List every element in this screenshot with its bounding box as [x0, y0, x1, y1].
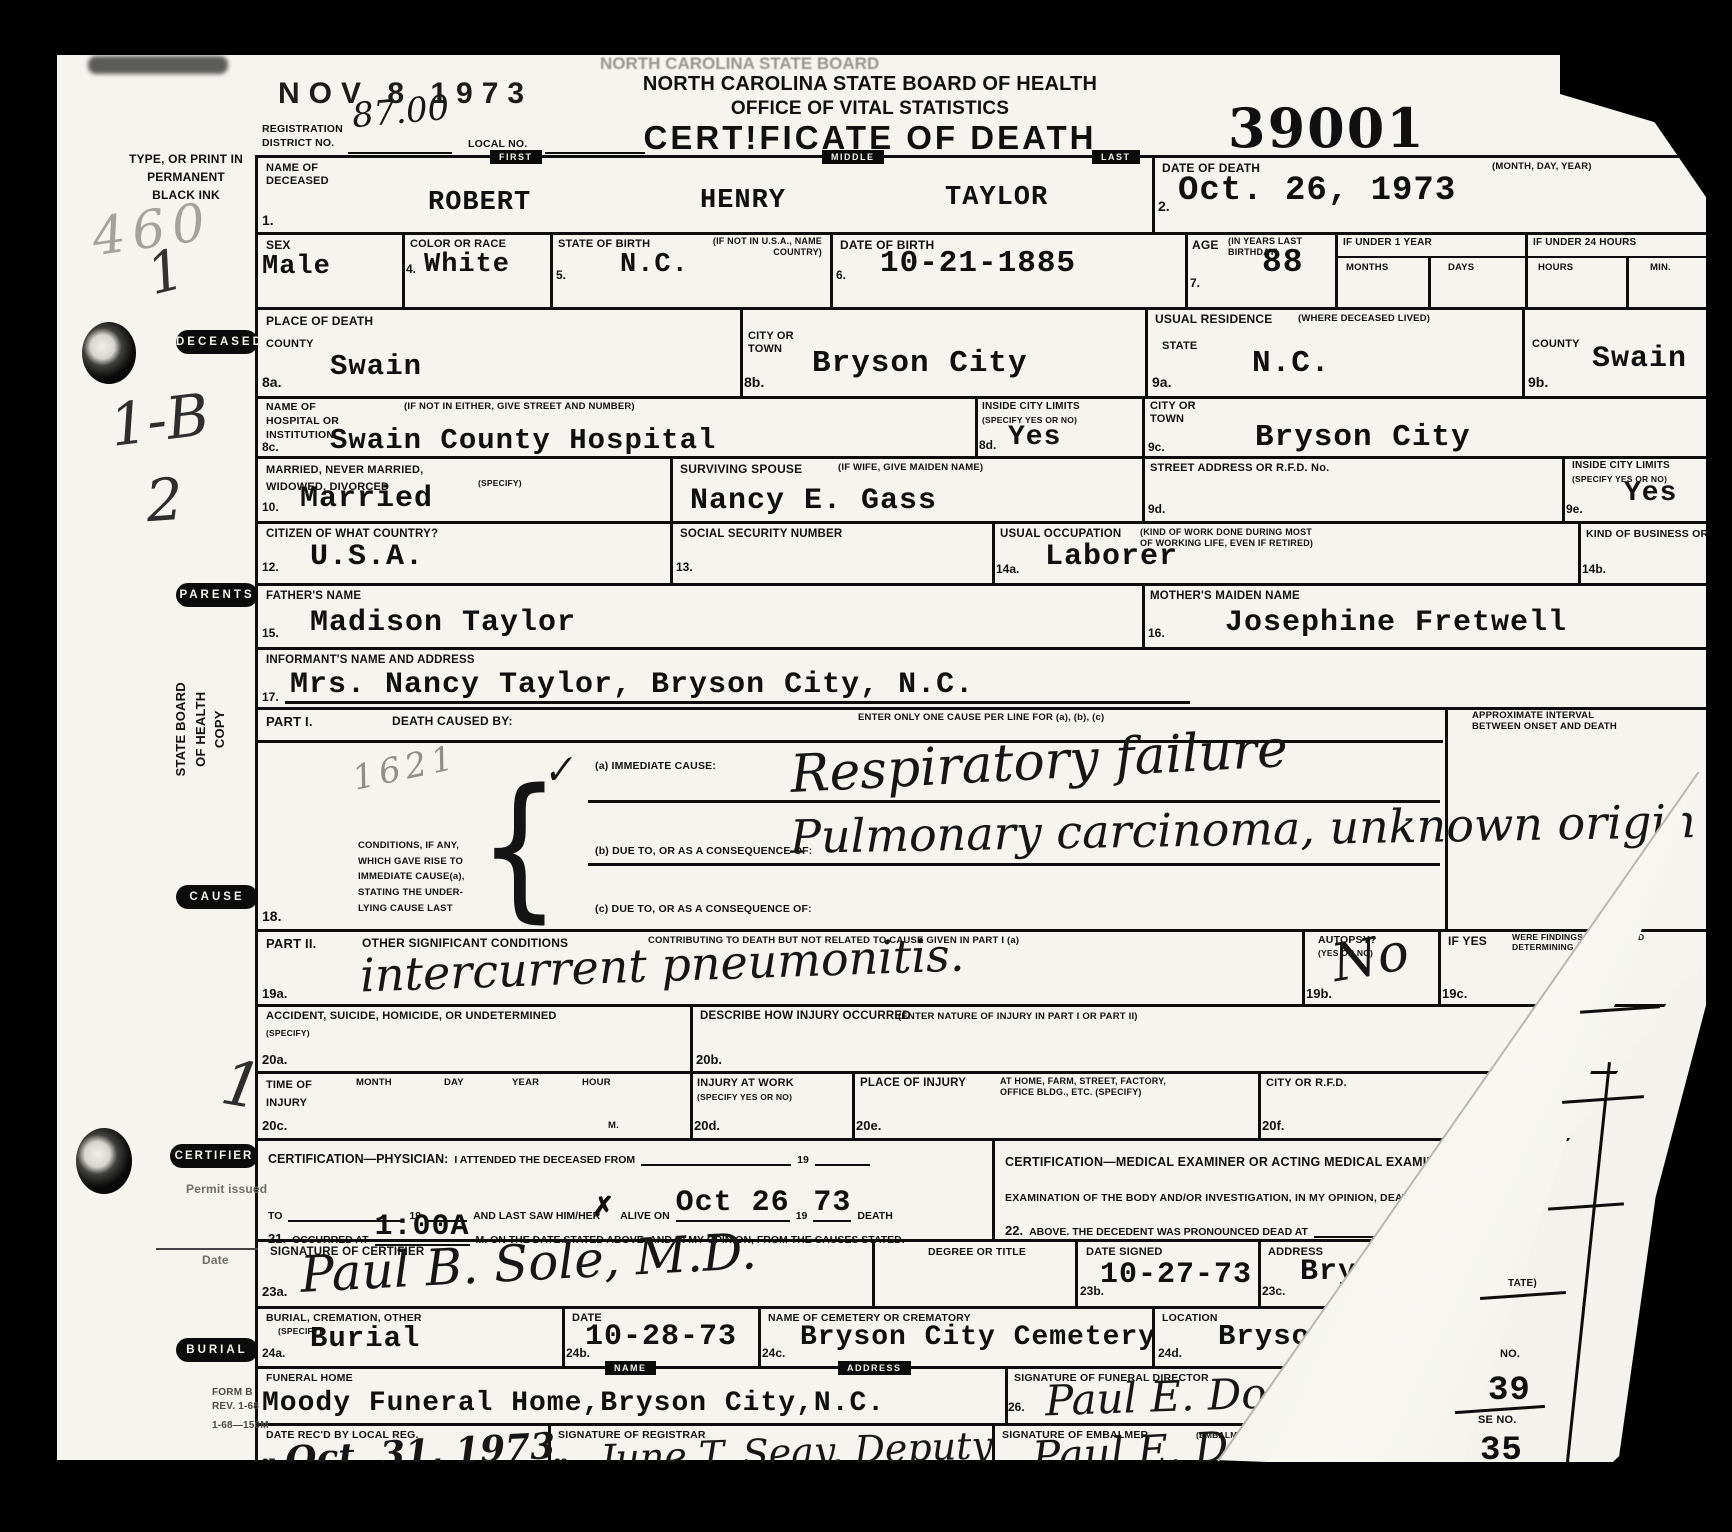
- hospital-num: 8c.: [262, 440, 279, 454]
- funeral-address-chip: ADDRESS: [838, 1361, 911, 1375]
- spouse-label: SURVIVING SPOUSE: [680, 462, 802, 476]
- res-state-label: STATE: [1162, 340, 1197, 353]
- res-county-num: 9b.: [1528, 374, 1548, 390]
- describe-label: DESCRIBE HOW INJURY OCCURRED: [700, 1010, 911, 1024]
- degree-label: DEGREE OR TITLE: [928, 1246, 1026, 1259]
- spouse-value: Nancy E. Gass: [690, 484, 937, 518]
- under24-label: IF UNDER 24 HOURS: [1533, 237, 1636, 249]
- date-signed-value: 10-27-73: [1100, 1258, 1252, 1292]
- informant-value: Mrs. Nancy Taylor, Bryson City, N.C.: [290, 668, 974, 702]
- cemetery-num: 24c.: [762, 1346, 785, 1360]
- race-value: White: [424, 250, 510, 280]
- funeral-home-label: FUNERAL HOME: [266, 1372, 353, 1385]
- under1-label: IF UNDER 1 YEAR: [1343, 237, 1432, 249]
- res-county-label: COUNTY: [1532, 338, 1580, 351]
- cert-year-blank: [815, 1150, 870, 1166]
- limits-8d-label: INSIDE CITY LIMITS: [982, 401, 1080, 413]
- res-city-value: Bryson City: [1255, 420, 1471, 455]
- name-num: 1.: [262, 212, 274, 228]
- tab-parents: PARENTS: [176, 583, 258, 607]
- autopsy-num: 19b.: [1306, 986, 1332, 1001]
- hole-punch-bottom: [76, 1128, 132, 1194]
- hole-punch-top: [82, 322, 136, 384]
- limits-9e-num: 9e.: [1566, 502, 1583, 516]
- time-injury-m: M.: [608, 1120, 619, 1131]
- funeral-director-num: 26.: [1008, 1400, 1025, 1414]
- location-label: LOCATION: [1162, 1312, 1218, 1325]
- time-injury-label: TIME OF INJURY: [266, 1077, 312, 1112]
- res-state-value: N.C.: [1252, 346, 1330, 381]
- work-num: 20d.: [694, 1118, 720, 1133]
- brace: {: [478, 755, 561, 937]
- res-county-value: Swain: [1592, 342, 1687, 376]
- scan-border-bottom: [0, 1462, 1732, 1532]
- form-info: FORM B REV. 1-68: [212, 1386, 259, 1414]
- street-label: STREET ADDRESS OR R.F.D. No.: [1150, 462, 1329, 475]
- place-injury-sub: AT HOME, FARM, STREET, FACTORY, OFFICE B…: [1000, 1076, 1166, 1098]
- under1-divider-h: [1338, 256, 1525, 258]
- cert-19a: 19: [797, 1154, 809, 1166]
- cause-b-label: (b) DUE TO, OR AS A CONSEQUENCE OF:: [595, 845, 812, 858]
- name-first-chip: FIRST: [490, 150, 542, 164]
- part1-caused-by: DEATH CAUSED BY:: [392, 714, 513, 728]
- pencil-1b: 1-B: [106, 380, 213, 460]
- age-label: AGE: [1192, 238, 1219, 252]
- permit-date-line: [156, 1248, 258, 1250]
- occupation-value: Laborer: [1045, 540, 1178, 574]
- cause-a-label: (a) IMMEDIATE CAUSE:: [595, 760, 716, 773]
- pod-county-value: Swain: [330, 350, 422, 383]
- hour-label: HOUR: [582, 1077, 611, 1088]
- burial-num: 24a.: [262, 1346, 285, 1360]
- bstate-value: N.C.: [620, 250, 689, 280]
- under1-months-label: MONTHS: [1346, 262, 1388, 273]
- permit-date-label: Date: [202, 1253, 229, 1267]
- cert-me-pronounced: ABOVE. THE DECEDENT WAS PRONOUNCED DEAD …: [1029, 1226, 1308, 1238]
- mother-num: 16.: [1148, 626, 1165, 640]
- pod-city-label: CITY OR TOWN: [748, 330, 794, 356]
- pod-county-label: COUNTY: [266, 338, 314, 351]
- res-city-label: CITY OR TOWN: [1150, 400, 1196, 426]
- board-title-line1: NORTH CAROLINA STATE BOARD OF HEALTH: [610, 72, 1130, 96]
- bstate-num: 5.: [556, 268, 566, 282]
- under24-hours-label: HOURS: [1538, 262, 1573, 273]
- scanned-death-certificate: { "stamp_date": "NOV 8 1973", "registrat…: [0, 0, 1732, 1532]
- interval-label: APPROXIMATE INTERVAL BETWEEN ONSET AND D…: [1472, 710, 1617, 733]
- conditions-note: CONDITIONS, IF ANY, WHICH GAVE RISE TO I…: [358, 838, 465, 916]
- cert-me-num: 22.: [1005, 1223, 1023, 1238]
- top-edge-smudge: [88, 56, 228, 74]
- cause-b-line: [588, 863, 1440, 866]
- registration-label-line1: REGISTRATION: [262, 123, 343, 135]
- injury-city-label: CITY OR R.F.D.: [1266, 1077, 1347, 1090]
- under1-days-label: DAYS: [1448, 262, 1474, 273]
- age-value: 88: [1262, 244, 1304, 281]
- fragment-no-value: 39: [1488, 1372, 1531, 1410]
- registration-label-line2: DISTRICT NO.: [262, 137, 334, 149]
- permit-issued-label: Permit issued: [186, 1182, 267, 1196]
- father-num: 15.: [262, 626, 279, 640]
- time-injury-num: 20c.: [262, 1118, 287, 1133]
- marital-num: 10.: [262, 500, 279, 514]
- name-middle-value: HENRY: [700, 186, 786, 216]
- name-last-value: TAYLOR: [945, 183, 1048, 213]
- dod-sub-label: (MONTH, DAY, YEAR): [1492, 161, 1592, 172]
- cert-from-blank: [641, 1150, 791, 1166]
- name-last-chip: LAST: [1092, 150, 1140, 164]
- informant-label: INFORMANT'S NAME AND ADDRESS: [266, 654, 475, 668]
- name-first-value: ROBERT: [428, 188, 531, 218]
- part1-note: ENTER ONLY ONE CAUSE PER LINE FOR (a), (…: [858, 712, 1104, 723]
- pod-header: PLACE OF DEATH: [266, 314, 373, 328]
- dod-value: Oct. 26, 1973: [1178, 172, 1456, 210]
- informant-num: 17.: [262, 690, 279, 704]
- burial-value: Burial: [310, 1322, 420, 1355]
- scan-border-top: [0, 0, 1732, 55]
- mother-value: Josephine Fretwell: [1225, 606, 1567, 640]
- part1-num: 18.: [262, 908, 281, 924]
- registration-underline: [348, 152, 452, 154]
- pod-city-value: Bryson City: [812, 346, 1028, 381]
- limits-9e-label: INSIDE CITY LIMITS: [1572, 460, 1670, 472]
- marital-value: Married: [300, 482, 433, 516]
- place-injury-label: PLACE OF INJURY: [860, 1077, 966, 1091]
- father-label: FATHER'S NAME: [266, 590, 361, 604]
- under24-min-label: MIN.: [1650, 262, 1671, 273]
- dob-num: 6.: [836, 268, 846, 282]
- cell-time-of-injury: [255, 1071, 693, 1141]
- address-num: 23c.: [1262, 1284, 1285, 1298]
- hospital-sub: (IF NOT IN EITHER, GIVE STREET AND NUMBE…: [404, 401, 635, 412]
- res-header-sub: (WHERE DECEASED LIVED): [1298, 313, 1430, 324]
- bstate-sub: (IF NOT IN U.S.A., NAME COUNTRY): [672, 236, 822, 258]
- under1-divider-v: [1428, 256, 1431, 308]
- part2-header: PART II.: [266, 936, 316, 952]
- accident-sub: (SPECIFY): [266, 1028, 310, 1038]
- dob-value: 10-21-1885: [880, 246, 1076, 281]
- pod-city-num: 8b.: [744, 374, 764, 390]
- work-label: INJURY AT WORK: [697, 1077, 794, 1090]
- describe-sub: (ENTER NATURE OF INJURY IN PART I OR PAR…: [898, 1011, 1138, 1022]
- pencil-2: 2: [144, 465, 186, 535]
- fragment-state-label: TATE): [1508, 1278, 1537, 1290]
- hospital-label: NAME OF HOSPITAL OR INSTITUTION: [266, 400, 339, 443]
- month-label: MONTH: [356, 1077, 392, 1088]
- part2-num: 19a.: [262, 986, 287, 1001]
- industry-num: 14b.: [1582, 562, 1606, 576]
- street-num: 9d.: [1148, 502, 1165, 516]
- local-no-label: LOCAL NO.: [468, 138, 527, 151]
- sex-label: SEX: [266, 238, 291, 252]
- cemetery-value: Bryson City Cemetery: [800, 1322, 1156, 1353]
- state-board-copy-note: STATE BOARD OF HEALTH COPY: [171, 649, 230, 809]
- scan-border-right: [1706, 0, 1732, 1532]
- scan-border-left: [0, 0, 57, 1532]
- cert-attended-text: I ATTENDED THE DECEASED FROM: [454, 1154, 635, 1166]
- ifyes-num: 19c.: [1442, 986, 1467, 1001]
- year-label: YEAR: [512, 1077, 539, 1088]
- res-city-num: 9c.: [1148, 440, 1165, 454]
- dod-num: 2.: [1158, 198, 1170, 214]
- describe-num: 20b.: [696, 1052, 722, 1067]
- citizen-value: U.S.A.: [310, 540, 424, 574]
- cert-me-line1: EXAMINATION OF THE BODY AND/OR INVESTIGA…: [1005, 1192, 1416, 1205]
- hospital-value: Swain County Hospital: [330, 424, 716, 457]
- registration-district-label: REGISTRATIONDISTRICT NO.: [262, 122, 343, 150]
- spouse-sub: (IF WIFE, GIVE MAIDEN NAME): [838, 462, 983, 473]
- certificate-number: 39001: [1228, 96, 1426, 161]
- limits-8d-num: 8d.: [979, 438, 996, 452]
- cert-occurred-num: 21.: [268, 1231, 286, 1246]
- citizen-num: 12.: [262, 560, 279, 574]
- tab-cause: CAUSE: [176, 885, 258, 909]
- res-header: USUAL RESIDENCE: [1155, 312, 1272, 326]
- limits-9e-value: Yes: [1624, 478, 1677, 509]
- marital-sub: (SPECIFY): [478, 478, 522, 488]
- funeral-home-value: Moody Funeral Home,Bryson City,N.C.: [262, 1388, 885, 1419]
- location-num: 24d.: [1158, 1346, 1182, 1360]
- under24-divider-v: [1626, 256, 1629, 308]
- burial-date-value: 10-28-73: [585, 1320, 737, 1354]
- father-value: Madison Taylor: [310, 606, 576, 640]
- ssn-label: SOCIAL SECURITY NUMBER: [680, 528, 842, 542]
- part1-header: PART I.: [266, 714, 313, 730]
- cert-me-line2: 22. ABOVE. THE DECEDENT WAS PRONOUNCED D…: [1005, 1222, 1424, 1238]
- cert-phys-header: CERTIFICATION—PHYSICIAN:: [268, 1152, 448, 1166]
- res-state-num: 9a.: [1152, 374, 1171, 390]
- ifyes-label: IF YES: [1448, 934, 1487, 948]
- tab-deceased: DECEASED: [176, 330, 258, 354]
- ssn-num: 13.: [676, 560, 693, 574]
- limits-8d-value: Yes: [1008, 422, 1061, 453]
- day-label: DAY: [444, 1077, 464, 1088]
- name-middle-chip: MIDDLE: [822, 150, 884, 164]
- tab-burial: BURIAL: [176, 1338, 258, 1362]
- sex-value: Male: [262, 252, 331, 282]
- cause-c-label: (c) DUE TO, OR AS A CONSEQUENCE OF:: [595, 903, 812, 916]
- work-sub: (SPECIFY YES OR NO): [697, 1092, 792, 1102]
- funeral-name-chip: NAME: [605, 1361, 656, 1375]
- pod-county-num: 8a.: [262, 374, 281, 390]
- cert-me-header: CERTIFICATION—MEDICAL EXAMINER OR ACTING…: [1005, 1155, 1436, 1170]
- accident-label: ACCIDENT, SUICIDE, HOMICIDE, OR UNDETERM…: [266, 1010, 557, 1023]
- place-injury-num: 20e.: [856, 1118, 881, 1133]
- certifier-num: 23a.: [262, 1284, 287, 1299]
- name-label: NAME OF DECEASED: [266, 162, 329, 188]
- injury-city-num: 20f.: [1262, 1118, 1284, 1133]
- form-print-run: 1-68—150M: [212, 1420, 269, 1432]
- top-edge-faded-text: NORTH CAROLINA STATE BOARD: [600, 54, 879, 74]
- tab-certifier: CERTIFIER: [170, 1144, 258, 1168]
- cert-phys-line1: CERTIFICATION—PHYSICIAN: I ATTENDED THE …: [268, 1150, 870, 1166]
- fragment-no-label: NO.: [1500, 1348, 1520, 1361]
- informant-underline: [285, 701, 1190, 704]
- under24-divider-h: [1528, 256, 1709, 258]
- fragment-se-no-label: SE NO.: [1478, 1414, 1517, 1427]
- mother-label: MOTHER'S MAIDEN NAME: [1150, 590, 1300, 604]
- race-num: 4.: [406, 262, 416, 276]
- registration-district-value: 87.00: [350, 88, 450, 136]
- age-num: 7.: [1190, 276, 1200, 290]
- occupation-num: 14a.: [996, 562, 1019, 576]
